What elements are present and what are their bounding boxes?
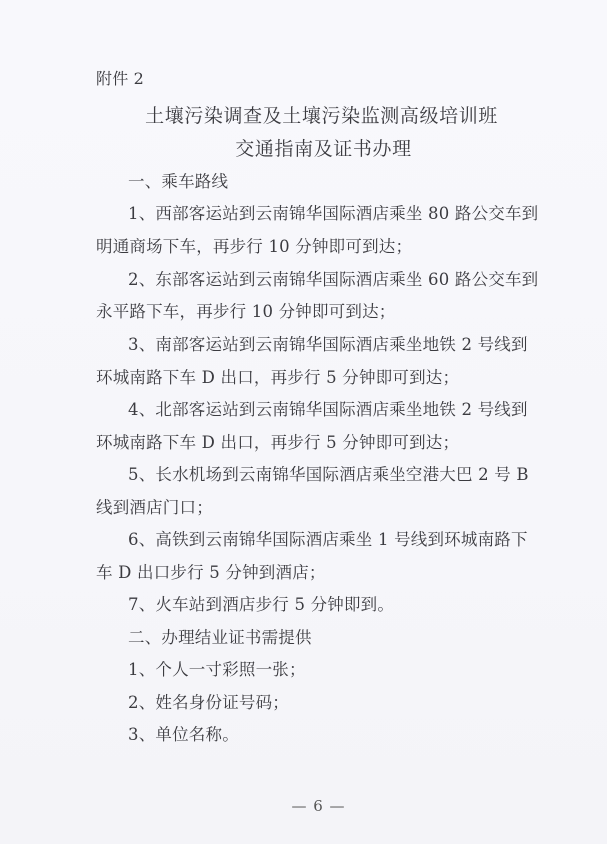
route-item-4-line2: 环城南路下车 D 出口，再步行 5 分钟即可到达； (96, 433, 459, 453)
route-item-6-line1: 6、高铁到云南锦华国际酒店乘坐 1 号线到环城南路下 (128, 530, 528, 550)
certificate-item-2: 2、姓名身份证号码； (128, 693, 289, 713)
route-item-7-line1: 7、火车站到酒店步行 5 分钟即到。 (128, 595, 394, 615)
route-item-5-line2: 线到酒店门口； (96, 498, 213, 518)
route-item-1-line2: 明通商场下车，再步行 10 分钟即可到达； (96, 237, 412, 257)
document-page: 附件 2 土壤污染调查及土壤污染监测高级培训班 交通指南及证书办理 一、乘车路线… (0, 0, 607, 844)
attachment-label: 附件 2 (96, 69, 144, 89)
route-item-6-line2: 车 D 出口步行 5 分钟到酒店； (96, 563, 326, 583)
page-number: — 6 — (0, 797, 607, 815)
route-item-1-line1: 1、西部客运站到云南锦华国际酒店乘坐 80 路公交车到 (128, 204, 538, 224)
route-item-2-line1: 2、东部客运站到云南锦华国际酒店乘坐 60 路公交车到 (128, 270, 538, 290)
certificate-item-3: 3、单位名称。 (128, 725, 239, 745)
route-item-3-line2: 环城南路下车 D 出口，再步行 5 分钟即可到达； (96, 368, 459, 388)
section1-heading: 一、乘车路线 (128, 172, 228, 192)
section2-heading: 二、办理结业证书需提供 (128, 628, 312, 648)
document-title-line2: 交通指南及证书办理 (20, 139, 607, 159)
route-item-4-line1: 4、北部客运站到云南锦华国际酒店乘坐地铁 2 号线到 (128, 400, 528, 420)
document-title-line1: 土壤污染调查及土壤污染监测高级培训班 (18, 106, 607, 126)
route-item-3-line1: 3、南部客运站到云南锦华国际酒店乘坐地铁 2 号线到 (128, 335, 528, 355)
route-item-5-line1: 5、长水机场到云南锦华国际酒店乘坐空港大巴 2 号 B (128, 465, 529, 485)
route-item-2-line2: 永平路下车，再步行 10 分钟即可到达； (96, 302, 396, 322)
certificate-item-1: 1、个人一寸彩照一张； (128, 660, 306, 680)
